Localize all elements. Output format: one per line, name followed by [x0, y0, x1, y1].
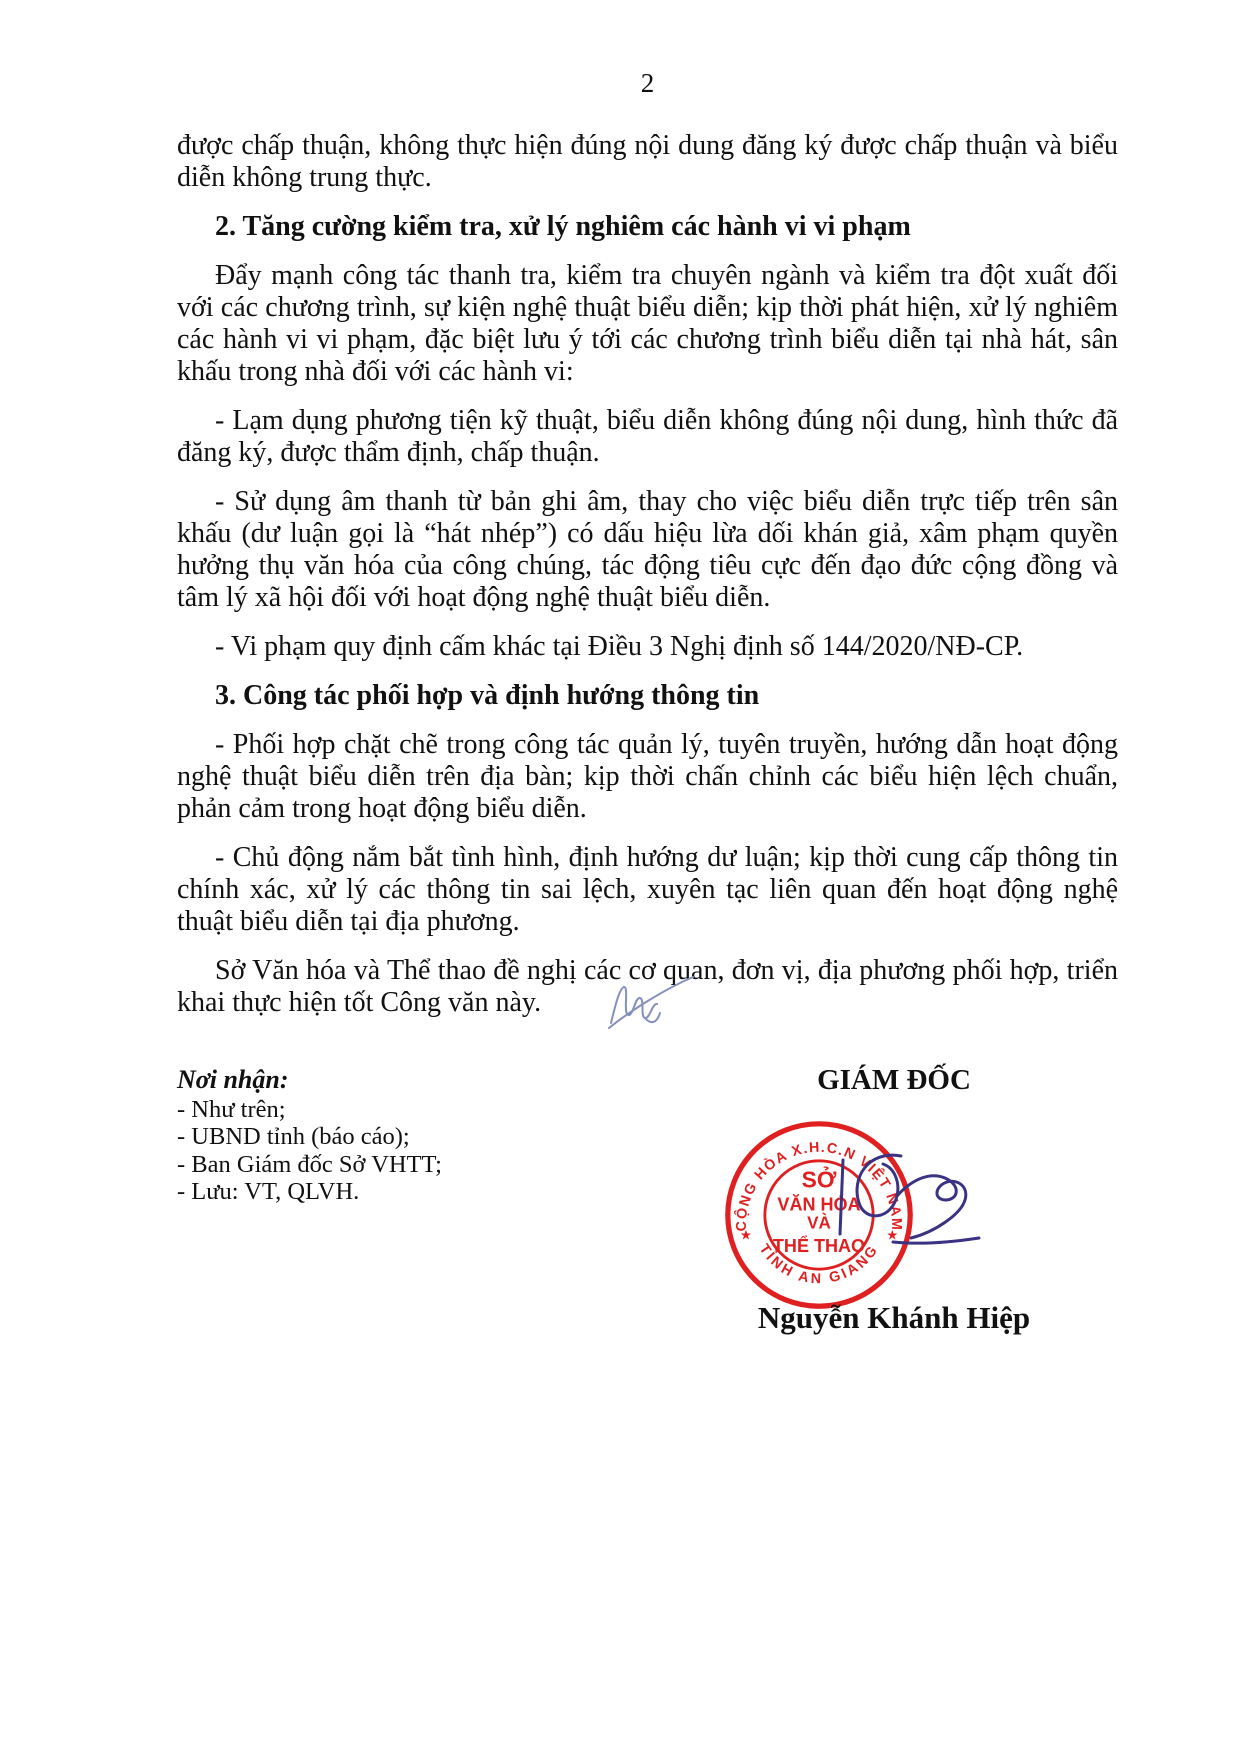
- initials-strokes: [609, 977, 693, 1028]
- signature: [823, 1148, 993, 1260]
- recipient-item: - Ban Giám đốc Sở VHTT;: [177, 1151, 442, 1179]
- stamp-star-left-icon: ★: [740, 1228, 752, 1243]
- section-2-bullet-2: - Sử dụng âm thanh từ bản ghi âm, thay c…: [177, 486, 1118, 614]
- document-body: được chấp thuận, không thực hiện đúng nộ…: [177, 130, 1118, 1036]
- recipient-item: - UBND tỉnh (báo cáo);: [177, 1123, 442, 1151]
- initials-squiggle: [605, 973, 700, 1031]
- section-3-bullet-1: - Phối hợp chặt chẽ trong công tác quản …: [177, 729, 1118, 825]
- recipients-label: Nơi nhận:: [177, 1066, 442, 1094]
- signer-title: GIÁM ĐỐC: [724, 1064, 1064, 1097]
- recipient-item: - Như trên;: [177, 1096, 442, 1124]
- section-2-paragraph: Đẩy mạnh công tác thanh tra, kiểm tra ch…: [177, 260, 1118, 388]
- intro-continuation-paragraph: được chấp thuận, không thực hiện đúng nộ…: [177, 130, 1118, 194]
- section-3-bullet-2: - Chủ động nắm bắt tình hình, định hướng…: [177, 842, 1118, 938]
- section-2-bullet-3: - Vi phạm quy định cấm khác tại Điều 3 N…: [177, 631, 1118, 663]
- recipients-block: Nơi nhận: - Như trên; - UBND tỉnh (báo c…: [177, 1066, 442, 1206]
- section-3-heading: 3. Công tác phối hợp và định hướng thông…: [177, 680, 1118, 712]
- recipient-item: - Lưu: VT, QLVH.: [177, 1178, 442, 1206]
- page-number: 2: [177, 68, 1118, 99]
- section-2-heading: 2. Tăng cường kiểm tra, xử lý nghiêm các…: [177, 211, 1118, 243]
- document-page: 2 được chấp thuận, không thực hiện đúng …: [0, 0, 1241, 1755]
- signature-strokes: [840, 1155, 979, 1243]
- section-2-bullet-1: - Lạm dụng phương tiện kỹ thuật, biểu di…: [177, 405, 1118, 469]
- signer-name: Nguyễn Khánh Hiệp: [704, 1300, 1084, 1336]
